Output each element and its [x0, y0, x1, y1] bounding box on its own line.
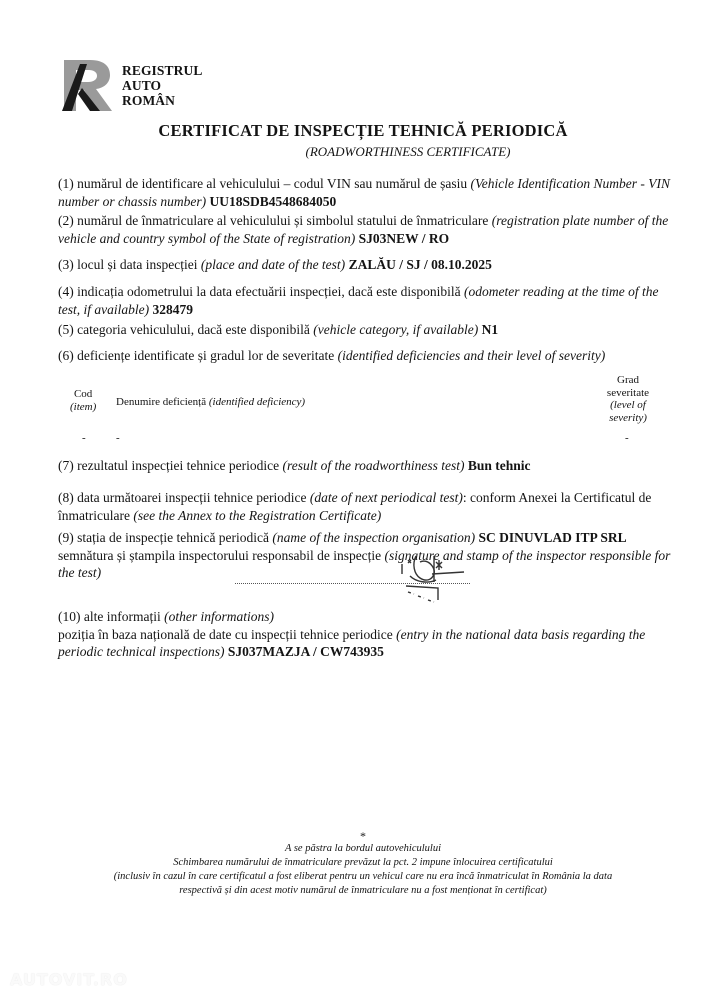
- next-test-value-en: (see the Annex to the Registration Certi…: [133, 508, 381, 523]
- label-en: (date of next periodical test): [310, 490, 463, 505]
- label-en: (other informations): [164, 609, 274, 624]
- column-header-severity: Grad severitate (level of severity): [598, 374, 658, 424]
- field-odometer: (4) indicația odometrului la data efectu…: [58, 283, 683, 318]
- signature-label-ro: semnătura și ștampila inspectorului resp…: [58, 548, 385, 563]
- label-ro: (1) numărul de identificare al vehiculul…: [58, 176, 471, 191]
- header-text-en: (level of: [610, 399, 646, 411]
- footer-line: (inclusiv în cazul în care certificatul …: [0, 870, 726, 884]
- field-deficiencies: (6) deficiențe identificate și gradul lo…: [58, 347, 683, 365]
- label-ro: (7) rezultatul inspecției tehnice period…: [58, 458, 283, 473]
- header-text: Grad: [598, 374, 658, 387]
- category-value: N1: [482, 322, 499, 337]
- label-ro: (4) indicația odometrului la data efectu…: [58, 284, 464, 299]
- header-text-en: (item): [70, 401, 96, 413]
- footnote-star: *: [0, 830, 726, 842]
- national-entry-value: SJ037MAZJA / CW743935: [228, 644, 384, 659]
- header-text: Denumire deficiență: [116, 396, 209, 408]
- stamp-signature-icon: [398, 552, 468, 608]
- field-result: (7) rezultatul inspecției tehnice period…: [58, 457, 683, 475]
- cell-name: -: [116, 432, 120, 444]
- column-header-deficiency: Denumire deficiență (identified deficien…: [116, 396, 305, 408]
- rar-logo-icon: [60, 58, 118, 113]
- header-text-en: (identified deficiency): [209, 396, 305, 408]
- label-en: (place and date of the test): [201, 257, 345, 272]
- footer-line: respectivă și din acest motiv numărul de…: [0, 884, 726, 898]
- field-category: (5) categoria vehiculului, dacă este dis…: [58, 321, 683, 339]
- field-vin: (1) numărul de identificare al vehiculul…: [58, 175, 683, 210]
- label-ro: (6) deficiențe identificate și gradul lo…: [58, 348, 338, 363]
- watermark: AUTOVIT.RO: [10, 970, 128, 989]
- cell-cod: -: [82, 432, 86, 444]
- place-date-value: ZALĂU / SJ / 08.10.2025: [349, 257, 492, 272]
- label-en: (name of the inspection organisation): [272, 530, 475, 545]
- label-ro: (3) locul și data inspecției: [58, 257, 201, 272]
- cell-grad: -: [625, 432, 629, 444]
- vin-value: UU18SDB4548684050: [210, 194, 337, 209]
- field-station: (9) stația de inspecție tehnică periodic…: [58, 529, 683, 582]
- station-value: SC DINUVLAD ITP SRL: [479, 530, 627, 545]
- organization-name: REGISTRUL AUTO ROMÂN: [122, 63, 202, 108]
- label-ro: (8) data următoarei inspecții tehnice pe…: [58, 490, 310, 505]
- header-text: severitate: [598, 387, 658, 400]
- label-ro: (5) categoria vehiculului, dacă este dis…: [58, 322, 313, 337]
- plate-value: SJ03NEW / RO: [359, 231, 450, 246]
- deficiencies-table: Cod (item) Denumire deficiență (identifi…: [58, 374, 658, 446]
- header-text: Cod: [70, 388, 96, 401]
- org-line: REGISTRUL: [122, 63, 202, 78]
- entry-label-ro: poziția în baza națională de date cu ins…: [58, 627, 396, 642]
- column-header-cod: Cod (item): [70, 388, 96, 413]
- org-line: ROMÂN: [122, 93, 202, 108]
- footer-line: Schimbarea numărului de înmatriculare pr…: [0, 856, 726, 870]
- header-text-en: severity): [609, 412, 647, 424]
- odometer-value: 328479: [152, 302, 193, 317]
- label-ro: (2) numărul de înmatriculare al vehiculu…: [58, 213, 492, 228]
- field-place-date: (3) locul și data inspecției (place and …: [58, 256, 683, 274]
- label-en: (vehicle category, if available): [313, 322, 478, 337]
- field-other-info: (10) alte informații (other informations…: [58, 608, 683, 661]
- document-subtitle: (ROADWORTHINESS CERTIFICATE): [0, 144, 726, 160]
- certificate-page: REGISTRUL AUTO ROMÂN CERTIFICAT DE INSPE…: [0, 0, 726, 1000]
- footer-line: A se păstra la bordul autovehiculului: [0, 842, 726, 856]
- field-registration-plate: (2) numărul de înmatriculare al vehiculu…: [58, 212, 683, 247]
- label-en: (result of the roadworthiness test): [283, 458, 465, 473]
- label-en: (identified deficiencies and their level…: [338, 348, 606, 363]
- label-ro: (10) alte informații: [58, 609, 164, 624]
- document-title: CERTIFICAT DE INSPECȚIE TEHNICĂ PERIODIC…: [0, 121, 726, 141]
- result-value: Bun tehnic: [468, 458, 531, 473]
- footer-notes: * A se păstra la bordul autovehiculului …: [0, 830, 726, 898]
- org-line: AUTO: [122, 78, 202, 93]
- field-next-test: (8) data următoarei inspecții tehnice pe…: [58, 489, 683, 524]
- label-ro: (9) stația de inspecție tehnică periodic…: [58, 530, 272, 545]
